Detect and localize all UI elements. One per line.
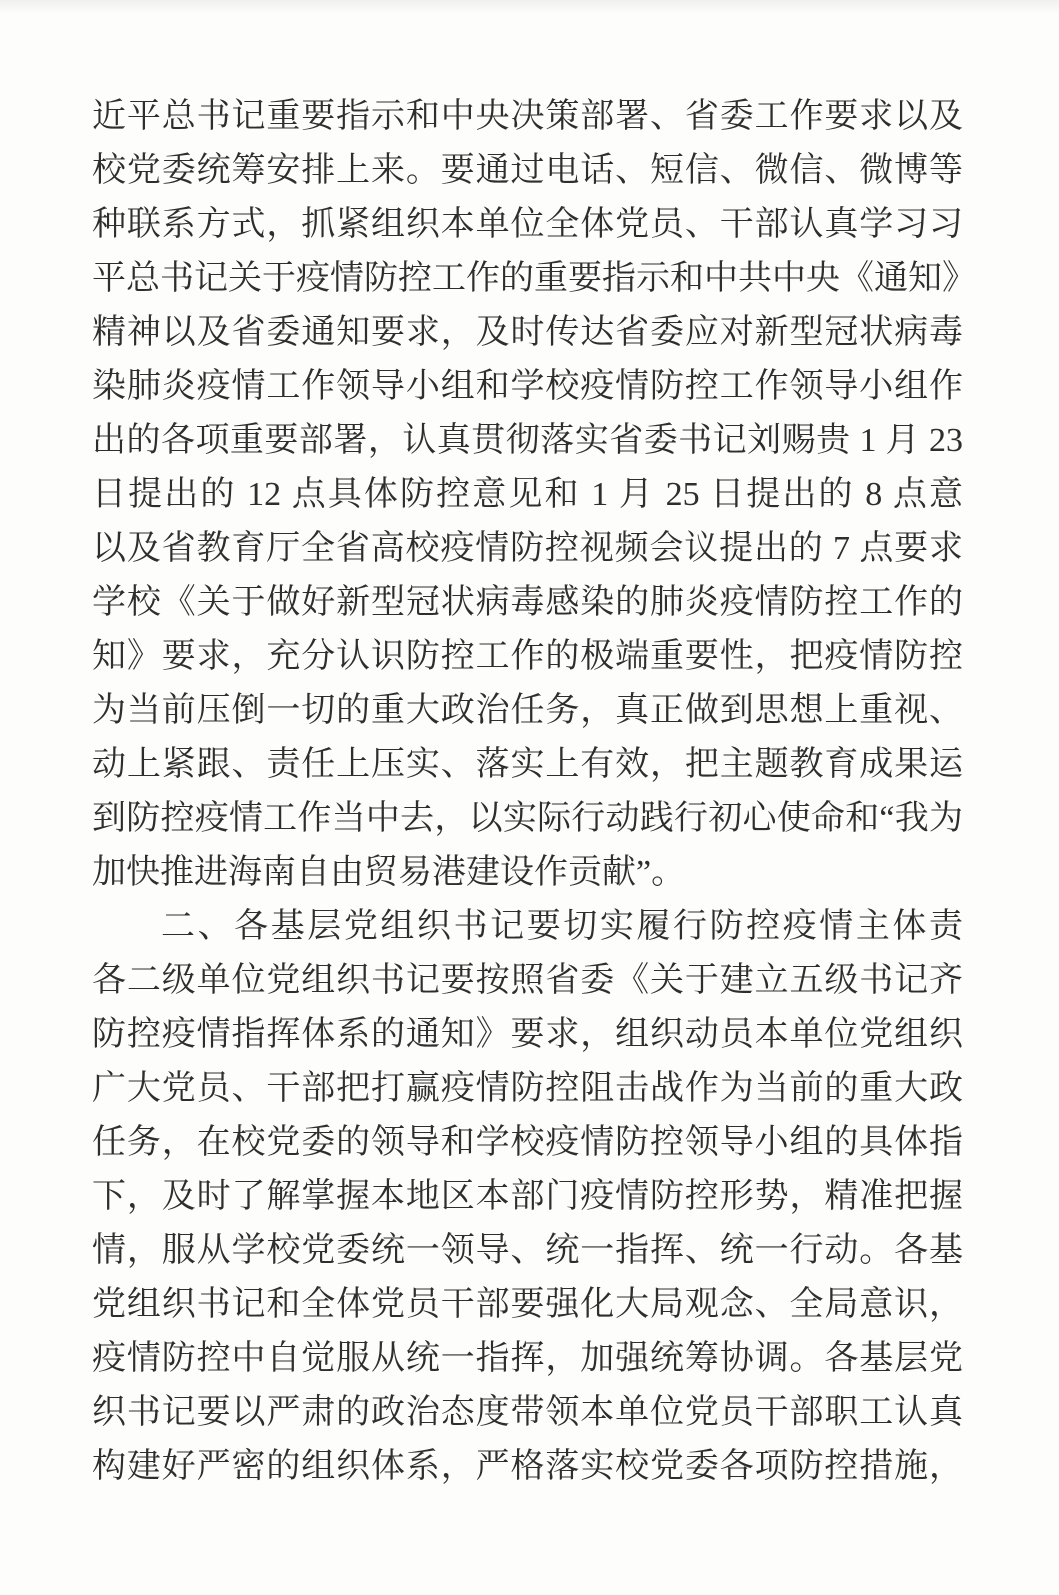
text-line: 平总书记关于疫情防控工作的重要指示和中共中央《通知》 xyxy=(92,252,963,306)
text-line: 精神以及省委通知要求，及时传达省委应对新型冠状病毒感 xyxy=(92,306,963,360)
text-line: 染肺炎疫情工作领导小组和学校疫情防控工作领导小组作 xyxy=(92,360,963,414)
text-line-paragraph-end: 加快推进海南自由贸易港建设作贡献”。 xyxy=(92,846,963,900)
document-page: 近平总书记重要指示和中央决策部署、省委工作要求以及学 校党委统筹安排上来。要通过… xyxy=(0,0,1059,1595)
section-heading-line: 二、各基层党组织书记要切实履行防控疫情主体责任。 xyxy=(92,900,963,954)
text-line: 构建好严密的组织体系，严格落实校党委各项防控措施，为 xyxy=(92,1440,963,1494)
text-line: 为当前压倒一切的重大政治任务，真正做到思想上重视、行 xyxy=(92,684,963,738)
text-line: 以及省教育厅全省高校疫情防控视频会议提出的 7 点要求和 xyxy=(92,522,963,576)
text-line: 近平总书记重要指示和中央决策部署、省委工作要求以及学 xyxy=(92,90,963,144)
text-line: 防控疫情指挥体系的通知》要求，组织动员本单位党组织和 xyxy=(92,1008,963,1062)
text-line: 疫情防控中自觉服从统一指挥，加强统筹协调。各基层党组 xyxy=(92,1332,963,1386)
text-line: 学校《关于做好新型冠状病毒感染的肺炎疫情防控工作的通 xyxy=(92,576,963,630)
text-line: 动上紧跟、责任上压实、落实上有效，把主题教育成果运用 xyxy=(92,738,963,792)
text-line: 党组织书记和全体党员干部要强化大局观念、全局意识，在 xyxy=(92,1278,963,1332)
text-line: 织书记要以严肃的政治态度带领本单位党员干部职工认真 xyxy=(92,1386,963,1440)
text-line: 日提出的 12 点具体防控意见和 1 月 25 日提出的 8 点意见， xyxy=(92,468,963,522)
text-line: 下，及时了解掌握本地区本部门疫情防控形势，精准把握疫 xyxy=(92,1170,963,1224)
document-text-block: 近平总书记重要指示和中央决策部署、省委工作要求以及学 校党委统筹安排上来。要通过… xyxy=(92,90,963,1494)
text-line: 出的各项重要部署，认真贯彻落实省委书记刘赐贵 1 月 23 xyxy=(92,414,963,468)
text-line: 广大党员、干部把打赢疫情防控阻击战作为当前的重大政治 xyxy=(92,1062,963,1116)
text-line: 到防控疫情工作当中去，以实际行动践行初心使命和“我为 xyxy=(92,792,963,846)
text-line: 任务，在校党委的领导和学校疫情防控领导小组的具体指导 xyxy=(92,1116,963,1170)
text-line: 校党委统筹安排上来。要通过电话、短信、微信、微博等多 xyxy=(92,144,963,198)
text-line: 种联系方式，抓紧组织本单位全体党员、干部认真学习习近 xyxy=(92,198,963,252)
text-line: 情，服从学校党委统一领导、统一指挥、统一行动。各基层 xyxy=(92,1224,963,1278)
text-line: 各二级单位党组织书记要按照省委《关于建立五级书记齐抓 xyxy=(92,954,963,1008)
text-line: 知》要求，充分认识防控工作的极端重要性，把疫情防控作 xyxy=(92,630,963,684)
